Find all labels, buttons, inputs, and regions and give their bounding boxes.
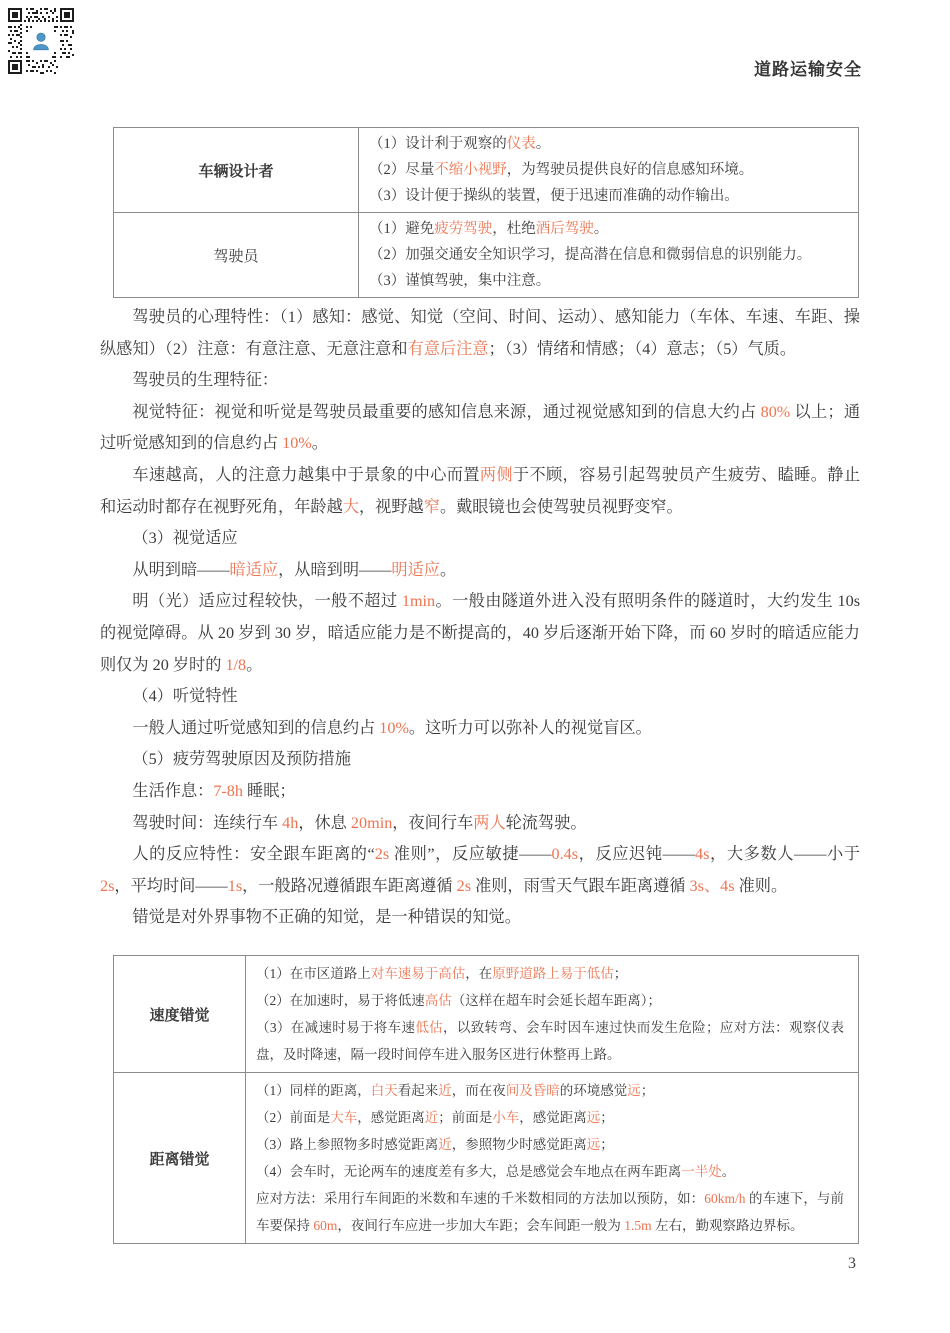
- text-segment: ；（3）情绪和情感；（4）意志；（5）气质。: [489, 340, 797, 358]
- cell-line: （3）在减速时易于将车速低估，以致转弯、会车时因车速过快而发生危险；应对方法：观…: [256, 1014, 844, 1068]
- highlight-segment: 80%: [761, 403, 791, 421]
- text-segment: （1）在市区道路上: [256, 966, 371, 981]
- text-segment: 驾驶员的生理特征：: [132, 371, 278, 389]
- text-segment: （2）在加速时，易于将低速: [256, 993, 425, 1008]
- cell-line: （1）设计利于观察的仪表。: [369, 131, 846, 157]
- text-segment: ；: [614, 966, 628, 981]
- page-header-title: 道路运输安全: [754, 55, 862, 80]
- text-segment: （4）会车时，无论两车的速度差有多大，总是感觉会车地点在两车距离: [256, 1164, 681, 1179]
- text-segment: 。: [594, 221, 609, 237]
- highlight-segment: 60m: [313, 1218, 337, 1233]
- paragraph: 一般人通过听觉感知到的信息约占 10%。这听力可以弥补人的视觉盲区。: [100, 713, 860, 745]
- responsibility-table: 车辆设计者（1）设计利于观察的仪表。（2）尽量不缩小视野，为驾驶员提供良好的信息…: [113, 127, 859, 298]
- paragraph: 从明到暗——暗适应，从暗到明——明适应。: [100, 555, 860, 587]
- text-segment: ；: [600, 1110, 614, 1125]
- text-segment: 视觉特征：视觉和听觉是驾驶员最重要的感知信息来源，通过视觉感知到的信息大约占: [132, 403, 760, 421]
- text-segment: ；: [600, 1137, 614, 1152]
- illusion-table: 速度错觉（1）在市区道路上对车速易于高估，在原野道路上易于低估；（2）在加速时，…: [113, 955, 859, 1244]
- row-label-cell: 速度错觉: [114, 956, 246, 1073]
- text-segment: ，休息: [298, 814, 351, 832]
- text-segment: 从明到暗——: [132, 561, 229, 579]
- text-segment: ，感觉距离: [519, 1110, 587, 1125]
- text-segment: （1）避免: [369, 221, 434, 237]
- text-segment: ，参照物少时感觉距离: [452, 1137, 587, 1152]
- page-number: 3: [848, 1255, 856, 1273]
- table-row: 车辆设计者（1）设计利于观察的仪表。（2）尽量不缩小视野，为驾驶员提供良好的信息…: [114, 128, 859, 213]
- highlight-segment: 10%: [282, 434, 312, 452]
- highlight-segment: 高估: [425, 993, 452, 1008]
- cell-line: （2）前面是大车，感觉距离近；前面是小车，感觉距离远；: [256, 1104, 844, 1131]
- text-segment: ，视野越: [359, 498, 424, 516]
- text-segment: （这样在超车时会延长超车距离）；: [452, 993, 661, 1008]
- text-segment: 准则，雨雪天气跟车距离遵循: [471, 877, 690, 895]
- highlight-segment: 近: [425, 1110, 439, 1125]
- cell-line: （2）加强交通安全知识学习，提高潜在信息和微弱信息的识别能力。: [369, 242, 846, 268]
- text-segment: 。戴眼镜也会使驾驶员视野变窄。: [440, 498, 683, 516]
- highlight-segment: 3s、4s: [690, 877, 735, 895]
- text-segment: ，从暗到明——: [278, 561, 391, 579]
- text-segment: 看起来: [398, 1083, 439, 1098]
- text-segment: ，反应迟钝——: [578, 845, 695, 863]
- highlight-segment: 0.4s: [552, 845, 579, 863]
- paragraph: 驾驶员的生理特征：: [100, 365, 860, 397]
- table-row: 驾驶员（1）避免疲劳驾驶，杜绝酒后驾驶。（2）加强交通安全知识学习，提高潜在信息…: [114, 213, 859, 298]
- text-segment: ，为驾驶员提供良好的信息感知环境。: [507, 162, 754, 178]
- highlight-segment: 2s: [375, 845, 389, 863]
- text-segment: ，大多数人——小于: [709, 845, 860, 863]
- document-page: 道路运输安全 车辆设计者（1）设计利于观察的仪表。（2）尽量不缩小视野，为驾驶员…: [0, 0, 950, 1333]
- paragraph: 生活作息：7-8h 睡眠；: [100, 776, 860, 808]
- text-segment: （3）在减速时易于将车速: [256, 1020, 415, 1035]
- highlight-segment: 两人: [473, 814, 505, 832]
- cell-line: （3）设计便于操纵的装置，便于迅速而准确的动作输出。: [369, 183, 846, 209]
- highlight-segment: 远: [587, 1137, 601, 1152]
- text-segment: ，而在夜: [452, 1083, 506, 1098]
- table-row: 速度错觉（1）在市区道路上对车速易于高估，在原野道路上易于低估；（2）在加速时，…: [114, 956, 859, 1073]
- table-row: 距离错觉（1）同样的距离，白天看起来近，而在夜间及昏暗的环境感觉远；（2）前面是…: [114, 1073, 859, 1244]
- text-segment: 左右，勤观察路边界标。: [652, 1218, 804, 1233]
- cell-line: 应对方法：采用行车间距的米数和车速的千米数相同的方法加以预防，如：60km/h …: [256, 1185, 844, 1239]
- paragraph: 驾驶时间：连续行车 4h，休息 20min，夜间行车两人轮流驾驶。: [100, 808, 860, 840]
- paragraph: （5）疲劳驾驶原因及预防措施: [100, 744, 860, 776]
- text-segment: ，在: [465, 966, 492, 981]
- text-segment: （3）设计便于操纵的装置，便于迅速而准确的动作输出。: [369, 188, 739, 204]
- paragraph: 驾驶员的心理特性：（1）感知：感觉、知觉（空间、时间、运动）、感知能力（车体、车…: [100, 302, 860, 365]
- text-segment: 明（光）适应过程较快，一般不超过: [132, 592, 401, 610]
- highlight-segment: 窄: [424, 498, 440, 516]
- highlight-segment: 4h: [282, 814, 298, 832]
- text-segment: （4）听觉特性: [132, 687, 237, 705]
- text-segment: （3）谨慎驾驶，集中注意。: [369, 273, 550, 289]
- highlight-segment: 大车: [330, 1110, 357, 1125]
- text-segment: （2）加强交通安全知识学习，提高潜在信息和微弱信息的识别能力。: [369, 247, 811, 263]
- paragraph: 错觉是对外界事物不正确的知觉，是一种错误的知觉。: [100, 902, 860, 934]
- text-segment: ，夜间行车: [392, 814, 473, 832]
- highlight-segment: 酒后驾驶: [536, 221, 594, 237]
- highlight-segment: 远: [627, 1083, 641, 1098]
- text-segment: 轮流驾驶。: [506, 814, 587, 832]
- row-label-cell: 距离错觉: [114, 1073, 246, 1244]
- text-segment: （2）前面是: [256, 1110, 330, 1125]
- cell-line: （1）避免疲劳驾驶，杜绝酒后驾驶。: [369, 216, 846, 242]
- text-segment: ；前面是: [438, 1110, 492, 1125]
- highlight-segment: 1s: [228, 877, 242, 895]
- paragraph: 明（光）适应过程较快，一般不超过 1min。一般由隧道外进入没有照明条件的隧道时…: [100, 586, 860, 681]
- highlight-segment: 白天: [371, 1083, 398, 1098]
- row-content-cell: （1）避免疲劳驾驶，杜绝酒后驾驶。（2）加强交通安全知识学习，提高潜在信息和微弱…: [359, 213, 859, 298]
- highlight-segment: 有意后注意: [408, 340, 489, 358]
- highlight-segment: 60km/h: [704, 1191, 745, 1206]
- text-segment: 。: [440, 561, 456, 579]
- text-segment: ，一般路况遵循跟车距离遵循: [242, 877, 456, 895]
- text-segment: 准则”，反应敏捷——: [389, 845, 551, 863]
- highlight-segment: 近: [438, 1083, 452, 1098]
- row-content-cell: （1）在市区道路上对车速易于高估，在原野道路上易于低估；（2）在加速时，易于将低…: [246, 956, 859, 1073]
- text-segment: 车速越高，人的注意力越集中于景象的中心而置: [132, 466, 479, 484]
- cell-line: （2）在加速时，易于将低速高估（这样在超车时会延长超车距离）；: [256, 987, 844, 1014]
- text-segment: （2）尽量: [369, 162, 434, 178]
- highlight-segment: 远: [587, 1110, 601, 1125]
- highlight-segment: 对车速易于高估: [371, 966, 466, 981]
- paragraph: 人的反应特性：安全跟车距离的“2s 准则”，反应敏捷——0.4s，反应迟钝——4…: [100, 839, 860, 902]
- text-segment: ，夜间行车应进一步加大车距；会车间距一般为: [337, 1218, 624, 1233]
- text-segment: 。: [722, 1164, 736, 1179]
- text-segment: 睡眠；: [243, 782, 296, 800]
- highlight-segment: 大: [343, 498, 359, 516]
- text-segment: 生活作息：: [132, 782, 213, 800]
- text-segment: （3）路上参照物多时感觉距离: [256, 1137, 438, 1152]
- text-segment: 的环境感觉: [560, 1083, 628, 1098]
- row-label-cell: 驾驶员: [114, 213, 359, 298]
- highlight-segment: 1.5m: [624, 1218, 651, 1233]
- text-segment: 应对方法：采用行车间距的米数和车速的千米数相同的方法加以预防，如：: [256, 1191, 704, 1206]
- text-segment: ，平均时间——: [114, 877, 227, 895]
- qr-code-image: [8, 8, 74, 74]
- text-segment: （5）疲劳驾驶原因及预防措施: [132, 750, 351, 768]
- cell-line: （3）路上参照物多时感觉距离近，参照物少时感觉距离远；: [256, 1131, 844, 1158]
- text-segment: （1）同样的距离，: [256, 1083, 371, 1098]
- highlight-segment: 两侧: [480, 466, 513, 484]
- text-segment: 。: [246, 656, 262, 674]
- highlight-segment: 1min: [402, 592, 435, 610]
- row-content-cell: （1）设计利于观察的仪表。（2）尽量不缩小视野，为驾驶员提供良好的信息感知环境。…: [359, 128, 859, 213]
- highlight-segment: 1/8: [225, 656, 246, 674]
- highlight-segment: 间及昏暗: [506, 1083, 560, 1098]
- text-segment: 错觉是对外界事物不正确的知觉，是一种错误的知觉。: [132, 908, 521, 926]
- highlight-segment: 2s: [457, 877, 471, 895]
- highlight-segment: 2s: [100, 877, 114, 895]
- text-segment: 。: [536, 136, 551, 152]
- row-label-cell: 车辆设计者: [114, 128, 359, 213]
- paragraph: 车速越高，人的注意力越集中于景象的中心而置两侧于不顾，容易引起驾驶员产生疲劳、瞌…: [100, 460, 860, 523]
- text-segment: ，杜绝: [492, 221, 536, 237]
- qr-avatar-icon: [31, 31, 51, 51]
- text-segment: （3）视觉适应: [132, 529, 237, 547]
- text-segment: （1）设计利于观察的: [369, 136, 507, 152]
- highlight-segment: 4s: [695, 845, 709, 863]
- highlight-segment: 明适应: [391, 561, 440, 579]
- qr-code: [8, 8, 74, 74]
- paragraph: 视觉特征：视觉和听觉是驾驶员最重要的感知信息来源，通过视觉感知到的信息大约占 8…: [100, 397, 860, 460]
- text-segment: ，感觉距离: [357, 1110, 425, 1125]
- highlight-segment: 仪表: [507, 136, 536, 152]
- body-text: 驾驶员的心理特性：（1）感知：感觉、知觉（空间、时间、运动）、感知能力（车体、车…: [100, 302, 860, 934]
- text-segment: 一般人通过听觉感知到的信息约占: [132, 719, 379, 737]
- highlight-segment: 近: [438, 1137, 452, 1152]
- cell-line: （1）在市区道路上对车速易于高估，在原野道路上易于低估；: [256, 960, 844, 987]
- highlight-segment: 原野道路上易于低估: [492, 966, 614, 981]
- text-segment: ；: [641, 1083, 655, 1098]
- highlight-segment: 暗适应: [230, 561, 279, 579]
- text-segment: 准则。: [735, 877, 788, 895]
- highlight-segment: 20min: [351, 814, 392, 832]
- cell-line: （3）谨慎驾驶，集中注意。: [369, 268, 846, 294]
- highlight-segment: 疲劳驾驶: [434, 221, 492, 237]
- highlight-segment: 一半处: [681, 1164, 722, 1179]
- paragraph: （3）视觉适应: [100, 523, 860, 555]
- cell-line: （2）尽量不缩小视野，为驾驶员提供良好的信息感知环境。: [369, 157, 846, 183]
- text-segment: 。这听力可以弥补人的视觉盲区。: [409, 719, 652, 737]
- text-segment: 。: [312, 434, 328, 452]
- paragraph: （4）听觉特性: [100, 681, 860, 713]
- text-segment: 人的反应特性：安全跟车距离的“: [132, 845, 374, 863]
- cell-line: （1）同样的距离，白天看起来近，而在夜间及昏暗的环境感觉远；: [256, 1077, 844, 1104]
- highlight-segment: 10%: [379, 719, 409, 737]
- highlight-segment: 小车: [492, 1110, 519, 1125]
- cell-line: （4）会车时，无论两车的速度差有多大，总是感觉会车地点在两车距离一半处。: [256, 1158, 844, 1185]
- highlight-segment: 不缩小视野: [434, 162, 507, 178]
- highlight-segment: 低估: [415, 1020, 443, 1035]
- row-content-cell: （1）同样的距离，白天看起来近，而在夜间及昏暗的环境感觉远；（2）前面是大车，感…: [246, 1073, 859, 1244]
- highlight-segment: 7-8h: [213, 782, 243, 800]
- text-segment: 驾驶时间：连续行车: [132, 814, 282, 832]
